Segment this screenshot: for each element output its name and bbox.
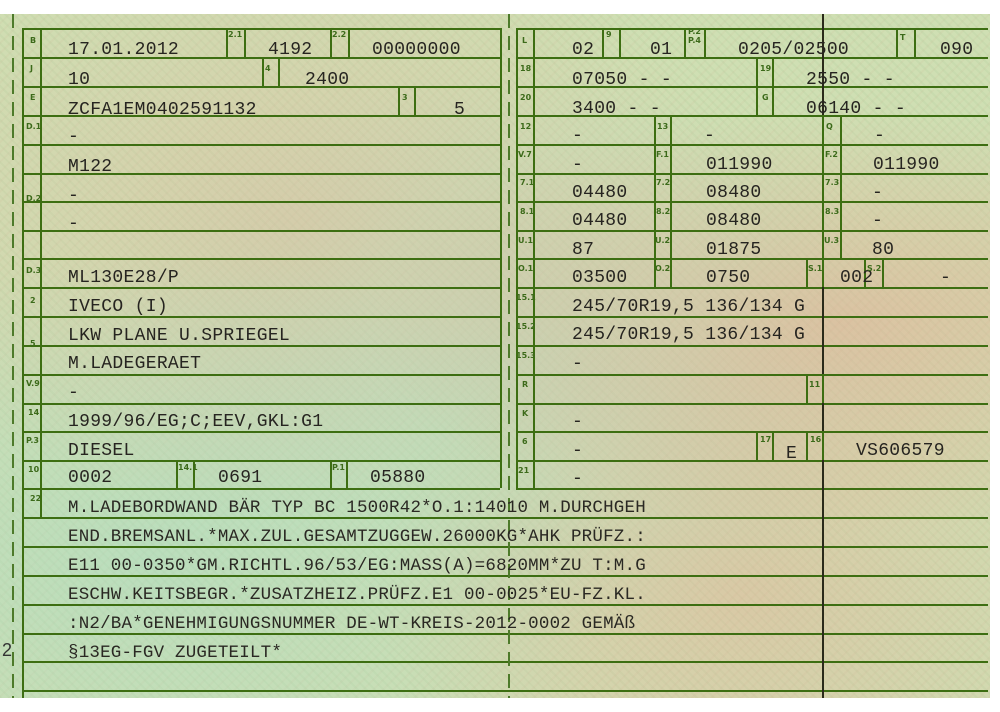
- field-code-v9: V.9: [26, 379, 40, 388]
- field-code-2: 2: [30, 296, 36, 305]
- field-q-power-weight: -: [874, 126, 885, 146]
- field-code-u1: U.1: [518, 236, 533, 245]
- field-code-12: 12: [520, 122, 531, 131]
- field-code-4: 4: [265, 64, 271, 73]
- field-code-17: 17: [760, 435, 771, 444]
- field-code-8-3: 8.3: [825, 207, 839, 216]
- field-code-3: 3: [402, 93, 408, 102]
- field-code-f1: F.1: [656, 150, 669, 159]
- grid-line: [22, 403, 500, 405]
- field-g-empty-mass: 06140 - -: [806, 99, 906, 119]
- grid-line: [619, 28, 621, 57]
- field-code-q: Q: [826, 122, 833, 131]
- field-code-9: 9: [606, 30, 612, 39]
- field-code-g: G: [762, 93, 769, 102]
- field-code-b: B: [30, 36, 36, 45]
- remark-line-4: ESCHW.KEITSBEGR.*ZUSATZHEIZ.PRÜFZ.E1 00-…: [68, 585, 646, 605]
- grid-line: [244, 28, 246, 57]
- field-u3-driving-noise: 80: [872, 240, 894, 260]
- field-code-p1: P.1: [332, 463, 345, 472]
- grid-line: [516, 144, 988, 146]
- grid-line: [670, 115, 672, 258]
- field-code-f2: F.2: [825, 150, 838, 159]
- grid-line: [40, 28, 42, 488]
- grid-line: [516, 431, 988, 433]
- field-type-code: M122: [68, 157, 112, 177]
- grid-line: [22, 258, 500, 260]
- field-code-t: T: [900, 33, 905, 42]
- field-b-first-registration-date: 17.01.2012: [68, 40, 179, 60]
- field-o1-braked-trailer: 03500: [572, 268, 628, 288]
- grid-line: [22, 28, 24, 698]
- field-code-14-1: 14.1: [178, 463, 198, 472]
- grid-line: [772, 57, 774, 115]
- grid-line: [516, 374, 988, 376]
- field-u1-standing-noise: 87: [572, 240, 594, 260]
- grid-line: [684, 28, 686, 57]
- field-v9-emission-class: -: [68, 383, 79, 403]
- grid-line: [414, 86, 416, 115]
- field-code-8-1: 8.1: [520, 207, 534, 216]
- field-code-u2: U.2: [655, 236, 670, 245]
- grid-line: [602, 28, 604, 57]
- field-code-e: E: [30, 93, 35, 102]
- field-code-r: R: [522, 380, 528, 389]
- field-d2-version: -: [68, 214, 79, 234]
- grid-line: [670, 258, 672, 287]
- field-code-15-3: 15.3: [516, 351, 536, 360]
- field-8-2-axle2-permitted: 08480: [706, 211, 762, 231]
- field-code-s2: S.2: [867, 264, 881, 273]
- field-code-6: 6: [522, 437, 528, 446]
- field-p3-fuel-type: DIESEL: [68, 441, 135, 461]
- field-code-16: 16: [810, 435, 821, 444]
- field-v7-co2: -: [572, 155, 583, 175]
- field-code-15-2: 15.2: [516, 322, 536, 331]
- field-19-width: 2550 - -: [806, 70, 895, 90]
- field-10-emission-code: 0002: [68, 468, 112, 488]
- grid-line: [22, 374, 500, 376]
- grid-line: [822, 431, 824, 460]
- field-18-length: 07050 - -: [572, 70, 672, 90]
- field-s2-standing: -: [940, 268, 951, 288]
- grid-line: [516, 28, 988, 30]
- field-5-vehicle-type-line2: M.LADEGERAET: [68, 354, 201, 374]
- field-u2-rpm: 01875: [706, 240, 762, 260]
- field-code-5: 5: [30, 339, 36, 348]
- field-code-k: K: [522, 409, 528, 418]
- field-code-20: 20: [520, 93, 531, 102]
- field-d3-trade-name: ML130E28/P: [68, 268, 179, 288]
- field-code-l: L: [522, 36, 527, 45]
- field-code-d3: D.3: [26, 266, 41, 275]
- grid-line: [398, 86, 400, 115]
- grid-line: [22, 201, 500, 203]
- field-code-o2: O.2: [655, 264, 670, 273]
- field-code-j: J: [30, 64, 33, 73]
- field-7-1-axle1-load: 04480: [572, 183, 628, 203]
- field-16-document-number: VS606579: [856, 441, 945, 461]
- field-code-7-3: 7.3: [825, 178, 839, 187]
- field-code-p3: P.3: [26, 436, 39, 445]
- field-code-7-1: 7.1: [520, 178, 534, 187]
- grid-line: [756, 57, 758, 115]
- field-code-18: 18: [520, 64, 531, 73]
- field-2-1-manufacturer-key: 4192: [268, 40, 312, 60]
- grid-line: [22, 86, 500, 88]
- field-code-13: 13: [657, 122, 668, 131]
- field-code-p2-p4: P.2 P.4: [688, 27, 702, 45]
- field-17-operating-code: E: [786, 444, 797, 464]
- field-e-vin: ZCFA1EM0402591132: [68, 100, 257, 120]
- field-t-max-speed: 090: [940, 40, 973, 60]
- field-2-manufacturer: IVECO (I): [68, 297, 168, 317]
- field-15-3-tires-axle3: -: [572, 354, 583, 374]
- grid-line: [22, 690, 988, 692]
- field-code-22: 22: [30, 494, 41, 503]
- grid-line: [346, 460, 348, 488]
- grid-line: [914, 28, 916, 57]
- grid-line: [806, 374, 808, 403]
- field-k-type-approval: -: [572, 412, 583, 432]
- grid-line: [806, 431, 808, 460]
- field-code-o1: O.1: [518, 264, 533, 273]
- field-6-approval-date: -: [572, 441, 583, 461]
- field-7-2-axle2-load: 08480: [706, 183, 762, 203]
- field-21-remarks-short: -: [572, 469, 583, 489]
- field-code-21: 21: [518, 466, 529, 475]
- grid-line: [896, 28, 898, 57]
- field-14-emission-directive: 1999/96/EG;C;EEV,GKL:G1: [68, 412, 323, 432]
- grid-line: [533, 28, 535, 488]
- remark-line-3: E11 00-0350*GM.RICHTL.96/53/EG:MASS(A)=6…: [68, 556, 646, 576]
- grid-line: [22, 144, 500, 146]
- field-code-8-2: 8.2: [656, 207, 670, 216]
- field-code-s1: S.1: [808, 264, 822, 273]
- remark-line-1: M.LADEBORDWAND BÄR TYP BC 1500R42*O.1:14…: [68, 498, 646, 518]
- field-code-19: 19: [760, 64, 771, 73]
- field-f2-permitted-mass: 011990: [873, 155, 940, 175]
- grid-line: [262, 57, 264, 86]
- grid-line: [22, 230, 500, 232]
- field-d2-variant: -: [68, 186, 79, 206]
- field-p2-p4-power-rpm: 0205/02500: [738, 40, 849, 60]
- field-code-u3: U.3: [824, 236, 839, 245]
- remark-line-2: END.BREMSANL.*MAX.ZUL.GESAMTZUGGEW.26000…: [68, 527, 646, 547]
- grid-line: [22, 28, 500, 30]
- grid-line: [348, 28, 350, 57]
- field-code-11: 11: [809, 380, 820, 389]
- grid-line: [278, 57, 280, 86]
- grid-line: [756, 431, 758, 460]
- grid-line: [500, 28, 502, 488]
- remark-line-5: :N2/BA*GENEHMIGUNGSNUMMER DE-WT-KREIS-20…: [68, 614, 635, 634]
- field-2-2-type-key: 00000000: [372, 40, 461, 60]
- grid-line: [516, 345, 988, 347]
- field-j-vehicle-class: 10: [68, 70, 90, 90]
- field-15-1-tires-axle1: 245/70R19,5 136/134 G: [572, 297, 805, 317]
- field-code-10: 10: [28, 465, 39, 474]
- grid-line: [516, 403, 988, 405]
- field-o2-unbraked-trailer: 0750: [706, 268, 750, 288]
- field-4-body-type: 2400: [305, 70, 349, 90]
- field-9-driven-axles: 01: [650, 40, 672, 60]
- field-8-1-axle1-permitted: 04480: [572, 211, 628, 231]
- grid-line: [516, 488, 988, 490]
- field-p1-displacement: 05880: [370, 468, 426, 488]
- grid-line: [772, 431, 774, 460]
- field-d1-make: -: [68, 127, 79, 147]
- field-7-3-axle3-load: -: [872, 183, 883, 203]
- field-13-support-load: -: [704, 126, 715, 146]
- field-l-axles: 02: [572, 40, 594, 60]
- grid-line: [822, 374, 824, 403]
- grid-line: [12, 14, 14, 698]
- field-code-2-2: 2.2: [332, 30, 346, 39]
- grid-line: [704, 28, 706, 57]
- field-code-v7: V.7: [518, 150, 532, 159]
- field-15-2-tires-axle2: 245/70R19,5 136/134 G: [572, 325, 805, 345]
- field-5-vehicle-type-line1: LKW PLANE U.SPRIEGEL: [68, 326, 290, 346]
- field-code-d1: D.1: [26, 122, 41, 131]
- field-code-7-2: 7.2: [656, 178, 670, 187]
- field-12-tank-volume: -: [572, 126, 583, 146]
- field-code-14: 14: [28, 408, 39, 417]
- field-code-15-1: 15.1: [516, 293, 536, 302]
- edge-page-mark: 2: [2, 640, 12, 661]
- grid-line: [22, 488, 500, 490]
- field-20-height: 3400 - -: [572, 99, 661, 119]
- field-3-check-digit: 5: [454, 100, 465, 120]
- grid-line: [882, 258, 884, 287]
- field-code-2-1: 2.1: [228, 30, 242, 39]
- grid-line: [840, 115, 842, 258]
- field-8-3-axle3-permitted: -: [872, 211, 883, 231]
- field-14-1-value: 0691: [218, 468, 262, 488]
- grid-line: [516, 28, 518, 488]
- field-code-d2: D.2: [26, 194, 41, 203]
- field-f1-max-mass: 011990: [706, 155, 773, 175]
- remark-line-6: §13EG-FGV ZUGETEILT*: [68, 643, 282, 663]
